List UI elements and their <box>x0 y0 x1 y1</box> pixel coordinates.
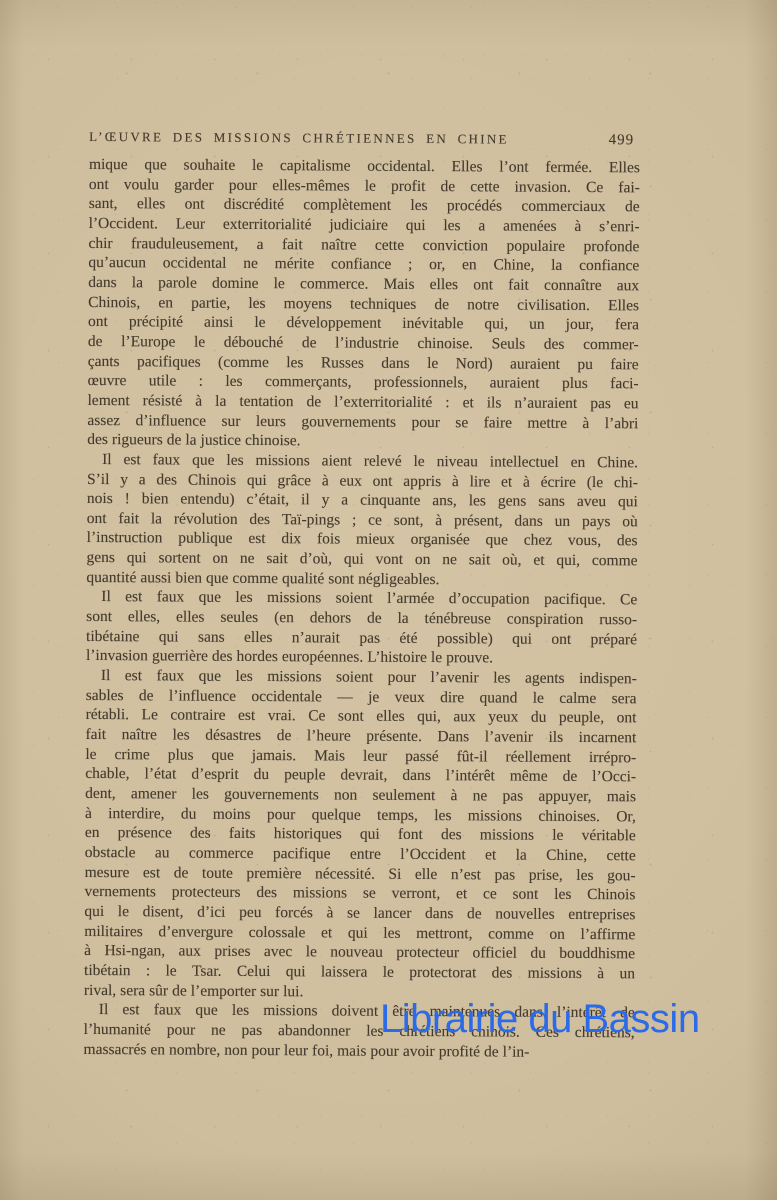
text-line: S’ilyadesChinoisquigrâceàeuxontapprisàli… <box>87 469 638 492</box>
watermark: Librairie du Bassin <box>380 997 700 1042</box>
page-content: L’ŒUVRE DES MISSIONS CHRÉTIENNES EN CHIN… <box>0 0 777 1063</box>
text-line: Ilestfauxquelesmissionssoientl’arméed’oc… <box>86 587 637 610</box>
page-number: 499 <box>609 132 641 149</box>
book-page-scan: L’ŒUVRE DES MISSIONS CHRÉTIENNES EN CHIN… <box>0 0 777 1200</box>
text-line: dent,amenerlesgouvernementsnonseulementà… <box>85 784 636 807</box>
paragraph: Ilestfauxquelesmissionsaientrelevélenive… <box>86 450 638 591</box>
text-line: massacrésennombre,nonpourleurfoi,maispou… <box>84 1039 635 1062</box>
running-title: L’ŒUVRE DES MISSIONS CHRÉTIENNES EN CHIN… <box>89 129 509 148</box>
text-line: militairesd’envergurecolossaleetquilesme… <box>84 922 635 945</box>
paragraph: Ilestfauxquelesmissionssoientpourl’aveni… <box>84 666 637 1004</box>
text-line: sablesdel’influenceoccidentale—jeveuxdir… <box>86 686 637 709</box>
page-header: L’ŒUVRE DES MISSIONS CHRÉTIENNES EN CHIN… <box>89 129 640 149</box>
page-text: miquequesouhaitelecapitalismeoccidental.… <box>84 155 641 1063</box>
text-line: obstacleaucommercepacifiqueentrel’Occide… <box>85 843 636 866</box>
paragraph: miquequesouhaitelecapitalismeoccidental.… <box>87 155 640 453</box>
paragraph: Ilestfauxquelesmissionssoientl’arméed’oc… <box>86 587 637 669</box>
